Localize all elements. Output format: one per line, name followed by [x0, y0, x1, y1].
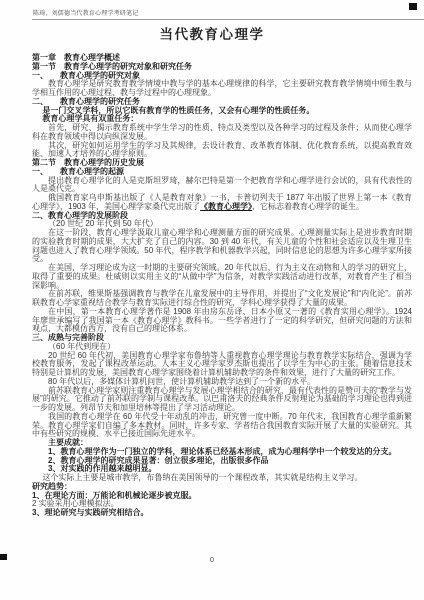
page-number: 0: [0, 557, 424, 564]
doc-line: 3、理论研究与实践研究相结合。: [32, 509, 412, 518]
scan-mark-bottom-left: [0, 554, 7, 560]
doc-line: 教育心理学是研究教育教学情境中教与学的基本心理规律的科学，它主要研究教育教学情境…: [32, 80, 412, 98]
doc-line: 前苏联教育心理学家则注重教育心理学与发展心理学相结合的研究，最有代表性的是赞可夫…: [32, 387, 412, 413]
doc-line: 俄国教育家乌申斯基出版了《人是教育对象》一书，卡普切列夫于 1877 年出版了世…: [32, 194, 412, 212]
doc-line: 其次，研究如何运用学生的学习及其规律，去设计教育、改革教育体制、优化教育系统，以…: [32, 142, 412, 160]
header-divider: [32, 19, 424, 20]
doc-line: 在中国，第一本教育心理学著作是 1908 年由房东岳译、日本小原又一著的《教育实…: [32, 308, 412, 334]
scan-mark-top-right: [409, 3, 417, 10]
document-page: 陈琦、刘儒德当代教育心理学考研笔记 当代教育心理学 第一章 教育心理学概述第一节…: [0, 0, 424, 600]
doc-line: 在这一阶段，教育心理学汲取儿童心理学和心理测量方面的研究成果。心理测量实际上是进…: [32, 229, 412, 264]
doc-text-segment: ，它标志着教育心理学的诞生。: [252, 202, 364, 211]
doc-line: 在美国，学习理论成为这一时期的主要研究领域。20 年代以后，行为主义在动物和人的…: [32, 264, 412, 290]
doc-line: 我国的教育心理学在 60 年代受十年动乱的冲击，研究曾一度中断。70 年代末，我…: [32, 413, 412, 439]
doc-line: 20 世纪 60 年代初，美国教育心理学家布鲁纳等人重视教育心理学理论与教育教学…: [32, 352, 412, 378]
header-note: 陈琦、刘儒德当代教育心理学考研笔记: [33, 8, 138, 17]
doc-body: 第一章 教育心理学概述第一节 教育学心理学的研究对象和研究任务一、 教育心理学的…: [32, 54, 412, 518]
page-title: 当代教育心理学: [0, 23, 424, 43]
doc-line: 这个实际上主要是城市教学，布鲁纳在美国领导的一个课程改革，其实就是结构主义学习。: [32, 474, 412, 483]
doc-line: 首先，研究、揭示教育系统中学生学习的性质、特点及类型以及各种学习的过程及条件；从…: [32, 124, 412, 142]
underlined-book-title: 《教育心理学》: [200, 202, 252, 211]
doc-line: 提出教育心理学化的人是克斯坦罗琦，赫尔巴特是第一个把教育学和心理学进行会试的，具…: [32, 177, 412, 195]
doc-line: 在前苏联，维果斯基强调教育与教学在儿童发展中的主导作用，并提出了“文化发展论”和…: [32, 290, 412, 308]
